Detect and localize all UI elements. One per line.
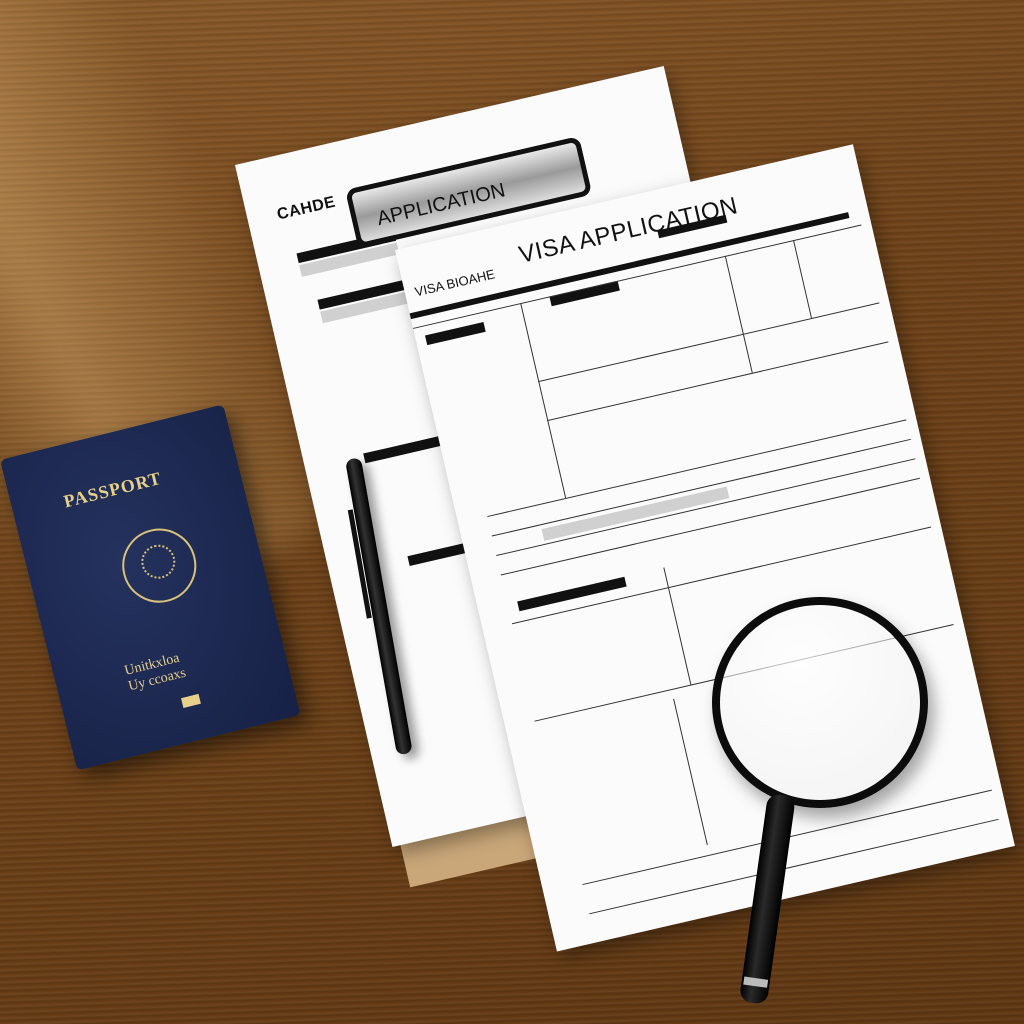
biometric-chip-icon: [181, 694, 201, 708]
magnifying-glass-lens: [712, 597, 928, 808]
passport-title: PASSPORT: [62, 468, 164, 513]
back-document-header: CAHDE: [275, 194, 337, 225]
passport-subtitle: Unitkxloa Uy ccoaxs: [123, 650, 188, 695]
eagle-seal-icon: [114, 521, 204, 611]
form-subtitle: VISA BIOAHE: [413, 266, 496, 299]
